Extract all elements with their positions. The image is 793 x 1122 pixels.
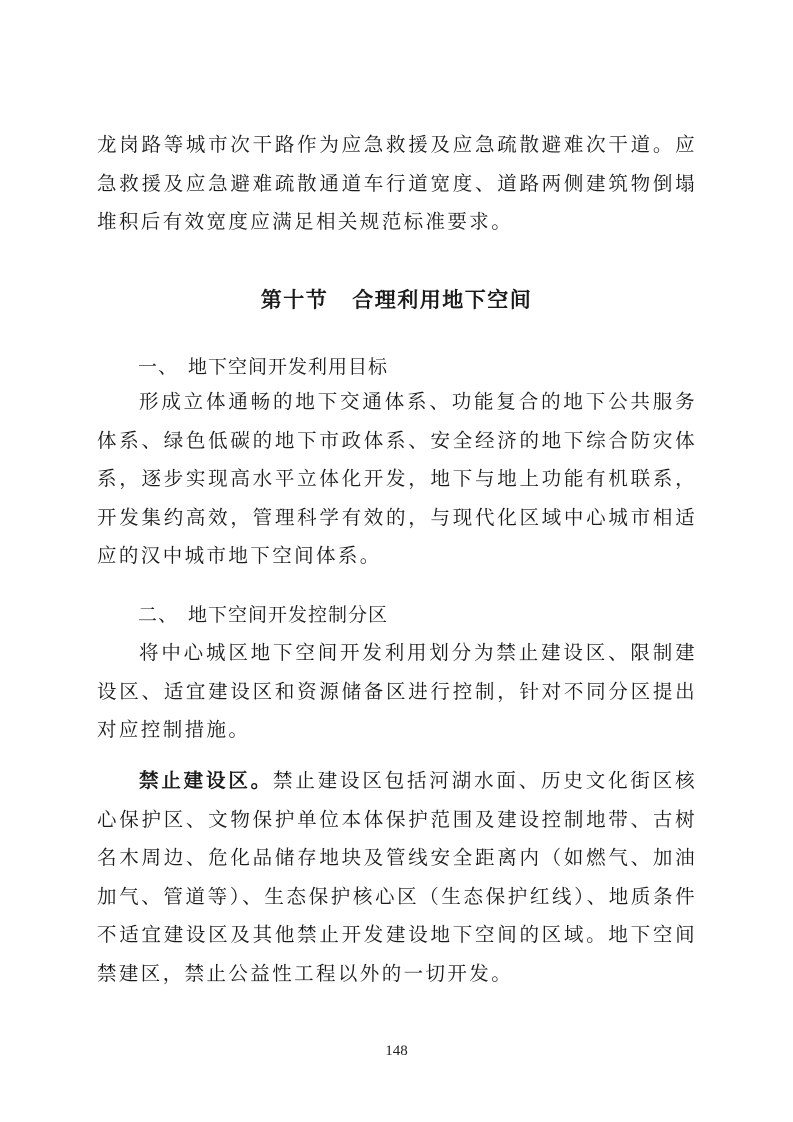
section-number: 第十节 xyxy=(261,288,329,312)
page-number: 148 xyxy=(0,1043,793,1060)
section-title-text: 合理利用地下空间 xyxy=(352,288,532,312)
document-page: 龙岗路等城市次干路作为应急救援及应急疏散避难次干道。应急救援及应急避难疏散通道车… xyxy=(0,0,793,1122)
intro-paragraph: 龙岗路等城市次干路作为应急救援及应急疏散避难次干道。应急救援及应急避难疏散通道车… xyxy=(97,126,697,242)
subsection-2-body: 将中心城区地下空间开发利用划分为禁止建设区、限制建设区、适宜建设区和资源储备区进… xyxy=(97,634,697,750)
zone-lead-term: 禁止建设区。 xyxy=(139,769,273,792)
zone-description: 禁止建设区包括河湖水面、历史文化街区核心保护区、文物保护单位本体保护范围及建设控… xyxy=(97,769,697,985)
prohibited-zone-block: 禁止建设区。禁止建设区包括河湖水面、历史文化街区核心保护区、文物保护单位本体保护… xyxy=(97,762,697,993)
subsection-title: 地下空间开发控制分区 xyxy=(188,604,388,626)
subsection-1-body: 形成立体通畅的地下交通体系、功能复合的地下公共服务体系、绿色低碳的地下市政体系、… xyxy=(97,383,697,576)
body-paragraph: 形成立体通畅的地下交通体系、功能复合的地下公共服务体系、绿色低碳的地下市政体系、… xyxy=(97,383,697,576)
intro-paragraph-block: 龙岗路等城市次干路作为应急救援及应急疏散避难次干道。应急救援及应急避难疏散通道车… xyxy=(97,126,697,242)
subsection-number: 二、 xyxy=(138,604,178,626)
subsection-heading-1: 一、地下空间开发利用目标 xyxy=(138,352,388,379)
section-title: 第十节合理利用地下空间 xyxy=(0,284,793,314)
body-paragraph: 将中心城区地下空间开发利用划分为禁止建设区、限制建设区、适宜建设区和资源储备区进… xyxy=(97,634,697,750)
subsection-heading-2: 二、地下空间开发控制分区 xyxy=(138,600,388,627)
prohibited-zone-paragraph: 禁止建设区。禁止建设区包括河湖水面、历史文化街区核心保护区、文物保护单位本体保护… xyxy=(97,762,697,993)
subsection-title: 地下空间开发利用目标 xyxy=(188,356,388,378)
subsection-number: 一、 xyxy=(138,356,178,378)
